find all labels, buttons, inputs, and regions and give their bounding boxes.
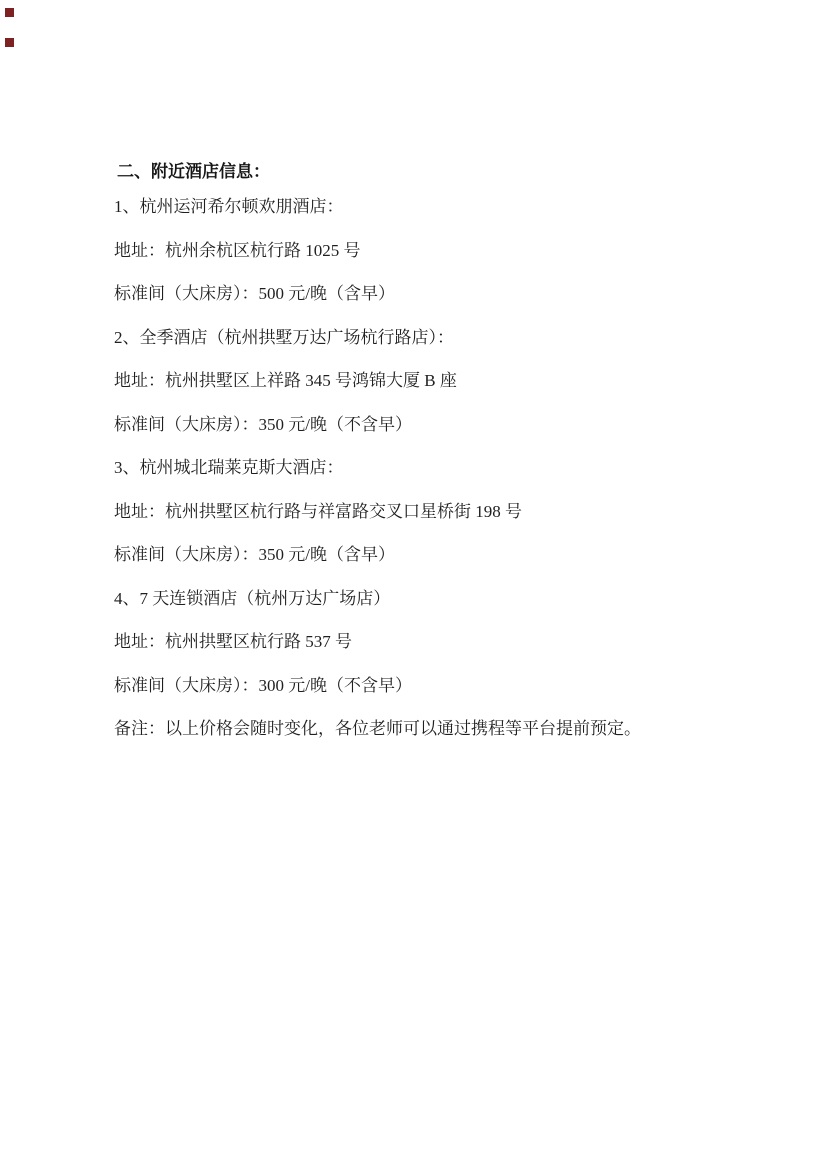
document-page: 二、附近酒店信息： 1、杭州运河希尔顿欢朋酒店： 地址：杭州余杭区杭行路 102… — [0, 0, 826, 1168]
hotel-2-price-line: 标准间（大床房）：350 元/晚（不含早） — [114, 403, 794, 447]
red-scan-mark-bottom — [5, 38, 14, 47]
hotel-3-price-line: 标准间（大床房）：350 元/晚（含早） — [114, 533, 794, 577]
note-line: 备注：以上价格会随时变化，各位老师可以通过携程等平台提前预定。 — [114, 707, 794, 751]
hotel-3-address-line: 地址：杭州拱墅区杭行路与祥富路交叉口星桥街 198 号 — [114, 490, 794, 534]
hotel-1-name-line: 1、杭州运河希尔顿欢朋酒店： — [114, 185, 794, 229]
section-heading: 二、附近酒店信息： — [117, 160, 794, 184]
red-scan-mark-top — [5, 8, 14, 17]
hotel-1-price-line: 标准间（大床房）：500 元/晚（含早） — [114, 272, 794, 316]
hotel-2-address-line: 地址：杭州拱墅区上祥路 345 号鸿锦大厦 B 座 — [114, 359, 794, 403]
hotel-2-name-line: 2、全季酒店（杭州拱墅万达广场杭行路店）： — [114, 316, 794, 360]
hotel-1-address-line: 地址：杭州余杭区杭行路 1025 号 — [114, 229, 794, 273]
document-content: 二、附近酒店信息： 1、杭州运河希尔顿欢朋酒店： 地址：杭州余杭区杭行路 102… — [114, 160, 794, 751]
hotel-3-name-line: 3、杭州城北瑞莱克斯大酒店： — [114, 446, 794, 490]
hotel-4-name-line: 4、7 天连锁酒店（杭州万达广场店） — [114, 577, 794, 621]
hotel-4-address-line: 地址：杭州拱墅区杭行路 537 号 — [114, 620, 794, 664]
hotel-4-price-line: 标准间（大床房）：300 元/晚（不含早） — [114, 664, 794, 708]
